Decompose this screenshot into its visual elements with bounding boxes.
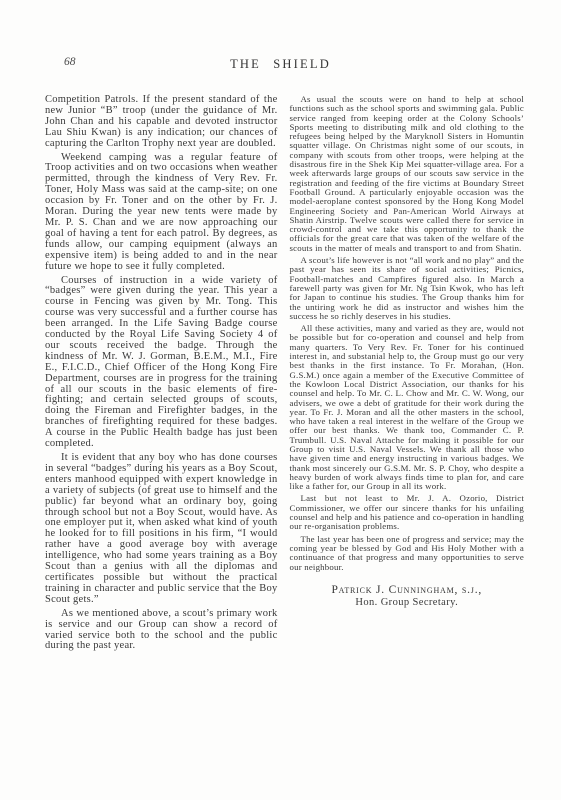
page-header: 68 THE SHIELD bbox=[0, 0, 561, 73]
scanned-page: 68 THE SHIELD Competition Patrols. If th… bbox=[0, 0, 561, 800]
right-column: As usual the scouts were on hand to help… bbox=[290, 95, 525, 652]
body-paragraph: Weekend camping was a regular feature of… bbox=[45, 153, 278, 273]
signature-title: Hon. Group Secretary. bbox=[290, 598, 525, 607]
signature-name: Patrick J. Cunningham, s.j., bbox=[290, 586, 525, 595]
body-paragraph: It is evident that any boy who has done … bbox=[45, 453, 278, 606]
body-paragraph: A scout’s life however is not “all work … bbox=[290, 256, 525, 321]
body-paragraph: As we mentioned above, a scout’s primary… bbox=[45, 609, 278, 653]
left-column: Competition Patrols. If the present stan… bbox=[45, 95, 278, 652]
body-paragraph: Competition Patrols. If the present stan… bbox=[45, 95, 278, 150]
body-paragraph: The last year has been one of progress a… bbox=[290, 535, 525, 572]
text-columns: Competition Patrols. If the present stan… bbox=[45, 95, 524, 652]
page-number: 68 bbox=[64, 56, 76, 68]
body-paragraph: Courses of instruction in a wide variety… bbox=[45, 276, 278, 451]
signature-block: Patrick J. Cunningham, s.j., Hon. Group … bbox=[290, 586, 525, 608]
body-paragraph: All these activities, many and varied as… bbox=[290, 324, 525, 491]
body-paragraph: Last but not least to Mr. J. A. Ozorio, … bbox=[290, 494, 525, 531]
publication-title: THE SHIELD bbox=[0, 57, 561, 72]
body-paragraph: As usual the scouts were on hand to help… bbox=[290, 95, 525, 253]
